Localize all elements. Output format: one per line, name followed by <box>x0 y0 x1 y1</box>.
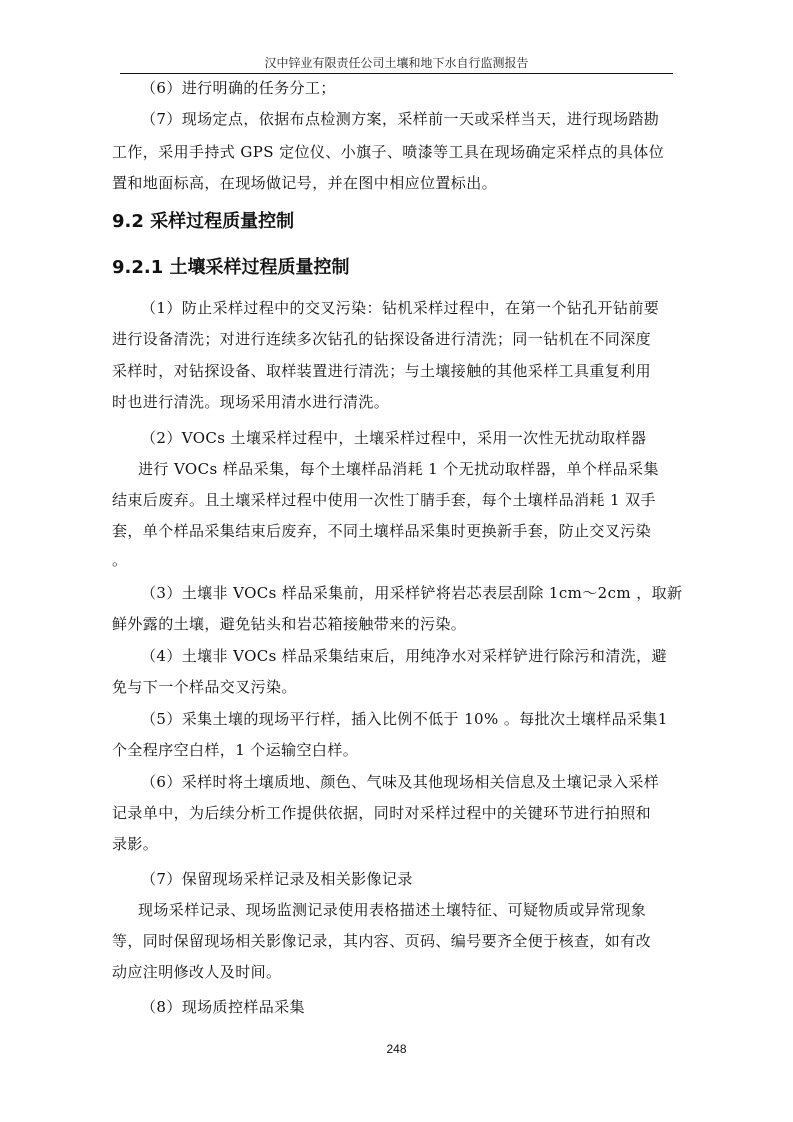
paragraph-line: （7）现场定点，依据布点检测方案，采样前一天或采样当天，进行现场踏勘 <box>141 109 711 129</box>
paragraph-line: 进行 VOCs 样品采集，每个土壤样品消耗 1 个无扰动取样器，单个样品采集 <box>138 459 708 479</box>
paragraph-line: （6）进行明确的任务分工； <box>141 78 711 98</box>
paragraph-line: 。 <box>112 550 682 570</box>
paragraph-line: 进行设备清洗；对进行连续多次钻孔的钻探设备进行清洗；同一钻机在不同深度 <box>112 329 682 349</box>
paragraph-line: 个全程序空白样，1 个运输空白样。 <box>112 740 682 760</box>
paragraph-line: 鲜外露的土壤，避免钻头和岩芯箱接触带来的污染。 <box>112 614 682 634</box>
paragraph-line: （3）土壤非 VOCs 样品采集前，用采样铲将岩芯表层刮除 1cm～2cm ，取… <box>141 583 711 603</box>
paragraph-line: 动应注明修改人及时间。 <box>112 962 682 982</box>
paragraph-line: （1）防止采样过程中的交叉污染：钻机采样过程中，在第一个钻孔开钻前要 <box>141 298 711 318</box>
paragraph-line: 现场采样记录、现场监测记录使用表格描述土壤特征、可疑物质或异常现象 <box>138 900 708 920</box>
page-number: 248 <box>0 1042 793 1056</box>
paragraph-line: 时也进行清洗。现场采用清水进行清洗。 <box>112 392 682 412</box>
paragraph-line: （6）采样时将土壤质地、颜色、气味及其他现场相关信息及土壤记录入采样 <box>141 772 711 792</box>
paragraph-line: 工作，采用手持式 GPS 定位仪、小旗子、喷漆等工具在现场确定采样点的具体位 <box>112 142 682 162</box>
paragraph-line: （4）土壤非 VOCs 样品采集结束后，用纯净水对采样铲进行除污和清洗，避 <box>141 646 711 666</box>
paragraph-line: 置和地面标高，在现场做记号，并在图中相应位置标出。 <box>112 173 682 193</box>
paragraph-line: 录影。 <box>112 834 682 854</box>
paragraph-line: （8）现场质控样品采集 <box>141 997 711 1017</box>
paragraph-line: 记录单中，为后续分析工作提供依据，同时对采样过程中的关键环节进行拍照和 <box>112 803 682 823</box>
subsection-heading: 9.2.1 土壤采样过程质量控制 <box>112 256 350 280</box>
paragraph-line: （5）采集土壤的现场平行样，插入比例不低于 10% 。每批次土壤样品采集1 <box>141 709 711 729</box>
paragraph-line: （2）VOCs 土壤采样过程中，土壤采样过程中，采用一次性无扰动取样器 <box>141 428 711 448</box>
paragraph-line: （7）保留现场采样记录及相关影像记录 <box>141 869 711 889</box>
section-heading: 9.2 采样过程质量控制 <box>112 210 294 234</box>
paragraph-line: 结束后废弃。且土壤采样过程中使用一次性丁腈手套，每个土壤样品消耗 1 双手 <box>112 490 682 510</box>
header-divider <box>120 73 673 74</box>
running-header: 汉中锌业有限责任公司土壤和地下水自行监测报告 <box>120 53 673 73</box>
paragraph-line: 免与下一个样品交叉污染。 <box>112 677 682 697</box>
paragraph-line: 采样时，对钻探设备、取样装置进行清洗；与土壤接触的其他采样工具重复利用 <box>112 361 682 381</box>
paragraph-line: 套，单个样品采集结束后废弃，不同土壤样品采集时更换新手套，防止交叉污染 <box>112 521 682 541</box>
paragraph-line: 等，同时保留现场相关影像记录，其内容、页码、编号要齐全便于核查，如有改 <box>112 931 682 951</box>
